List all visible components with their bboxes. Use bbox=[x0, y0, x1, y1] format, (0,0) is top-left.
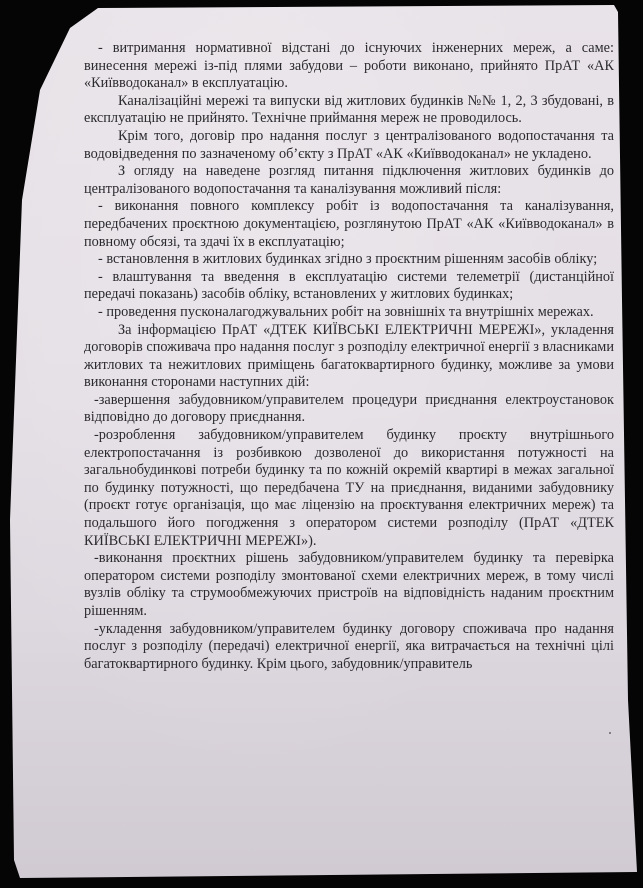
paper-speck bbox=[609, 732, 611, 734]
paragraph-sewer-networks: Каналізаційні мережі та випуски від житл… bbox=[84, 93, 614, 128]
list-item-meters: - встановлення в житлових будинках згідн… bbox=[84, 251, 614, 269]
list-item-consumer-contract: -укладення забудовником/управителем буди… bbox=[84, 621, 614, 674]
list-item-power-project: -розроблення забудовником/управителем бу… bbox=[84, 427, 614, 550]
document-body: - витримання нормативної відстані до існ… bbox=[84, 40, 614, 673]
paragraph-connection-conditions: З огляду на наведене розгляд питання під… bbox=[84, 163, 614, 198]
paragraph-water-network-distance: - витримання нормативної відстані до існ… bbox=[84, 40, 614, 93]
list-item-project-implementation: -виконання проєктних рішень забудовником… bbox=[84, 550, 614, 620]
paragraph-water-contract: Крім того, договір про надання послуг з … bbox=[84, 128, 614, 163]
list-item-connection-procedure: -завершення забудовником/управителем про… bbox=[84, 392, 614, 427]
list-item-commissioning: - проведення пусконалагоджувальних робіт… bbox=[84, 304, 614, 322]
paragraph-dtek-info: За інформацією ПрАТ «ДТЕК КИЇВСЬКІ ЕЛЕКТ… bbox=[84, 322, 614, 392]
list-item-complete-works: - виконання повного комплексу робіт із в… bbox=[84, 198, 614, 251]
list-item-telemetry: - влаштування та введення в експлуатацію… bbox=[84, 269, 614, 304]
